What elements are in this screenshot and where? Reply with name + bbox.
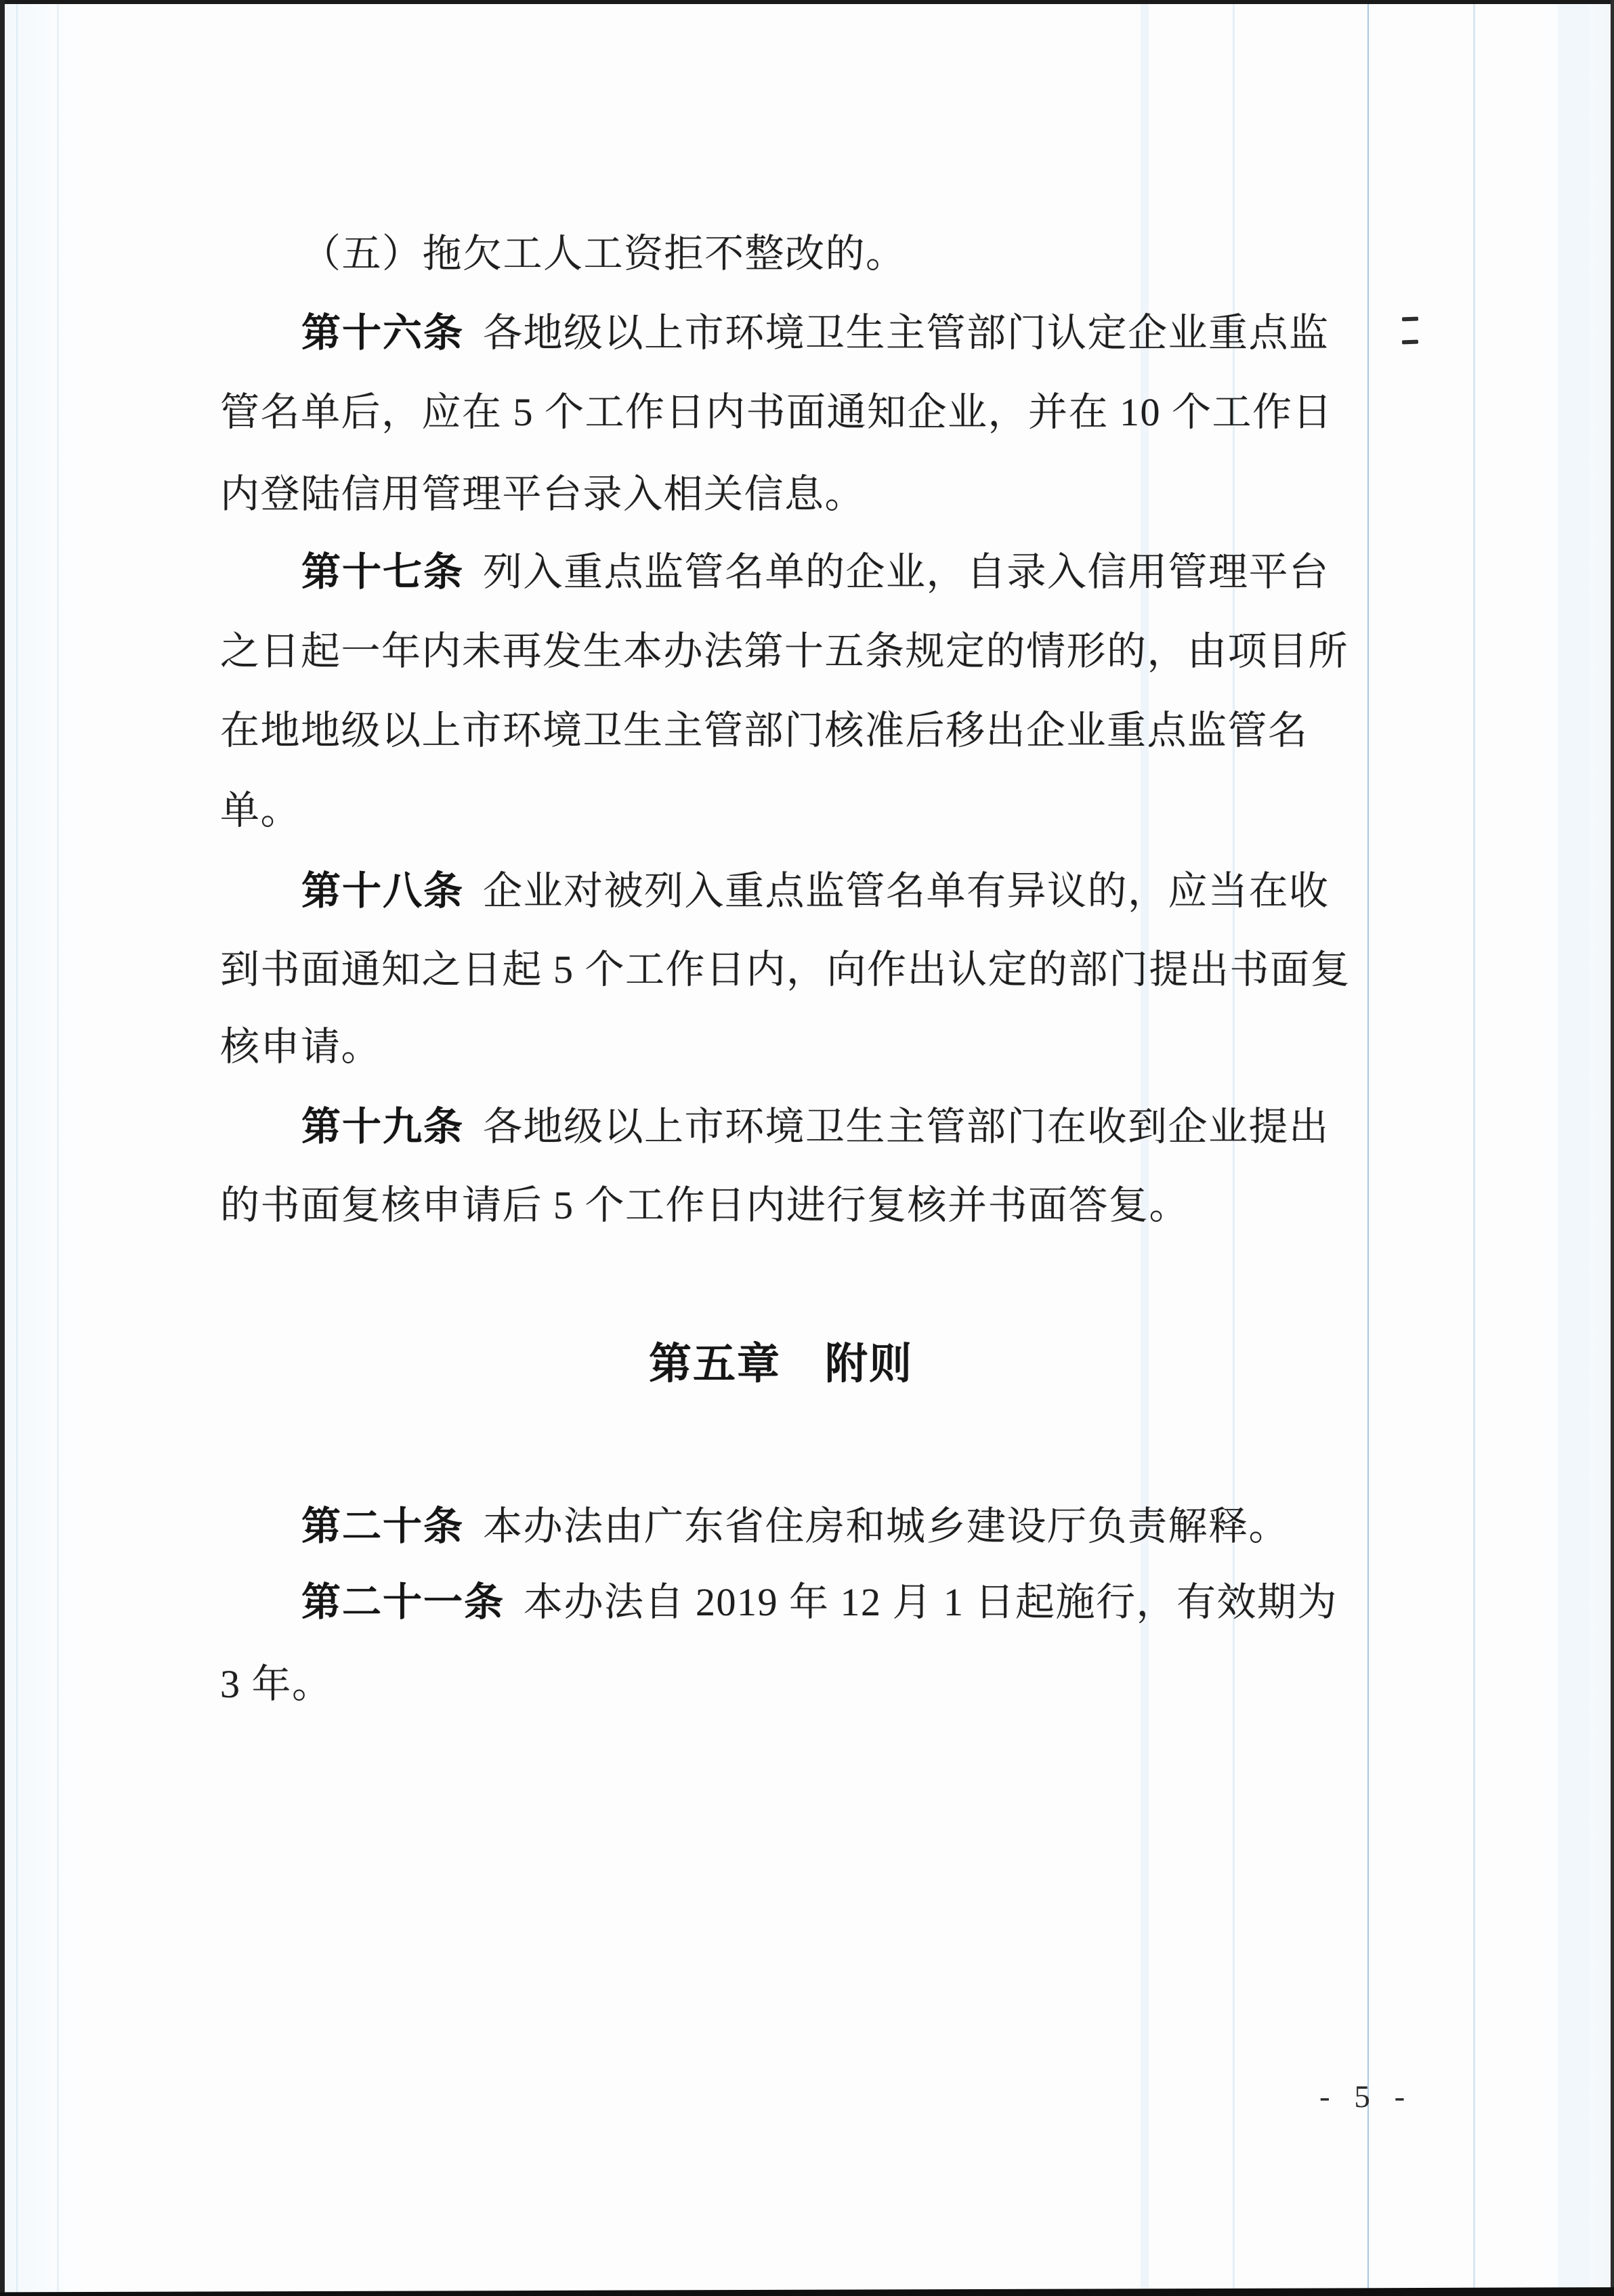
- text-line: 到书面通知之日起 5 个工作日内，向作出认定的部门提出书面复: [220, 949, 1351, 991]
- line-text: （五）拖欠工人工资拒不整改的。: [301, 232, 906, 276]
- text-line: 第十九条各地级以上市环境卫生主管部门在收到企业提出: [301, 1106, 1330, 1148]
- line-text: 各地级以上市环境卫生主管部门认定企业重点监: [483, 311, 1330, 355]
- text-line: 在地地级以上市环境卫生主管部门核准后移出企业重点监管名: [220, 710, 1309, 752]
- text-line: 内登陆信用管理平台录入相关信息。: [220, 473, 865, 515]
- line-text: 之日起一年内未再发生本办法第十五条规定的情形的，由项目所: [220, 629, 1348, 673]
- line-text: 到书面通知之日起 5 个工作日内，向作出认定的部门提出书面复: [220, 948, 1351, 992]
- ink-dash-artifact: [1402, 340, 1418, 345]
- article-number: 第十六条: [301, 311, 464, 355]
- line-text: 核申请。: [220, 1025, 381, 1069]
- scan-edge-bottom: [0, 2287, 1614, 2296]
- line-text: 列入重点监管名单的企业，自录入信用管理平台: [483, 550, 1330, 594]
- scan-tint-right-band: [1550, 0, 1614, 2296]
- line-text: 管名单后，应在 5 个工作日内书面通知企业，并在 10 个工作日: [220, 390, 1333, 434]
- ink-dash-artifact: [1402, 317, 1418, 322]
- scan-streak-line: [16, 0, 18, 2296]
- text-line: 之日起一年内未再发生本办法第十五条规定的情形的，由项目所: [220, 631, 1348, 673]
- scanned-document-page: { "page": { "kind": "scanned official do…: [0, 0, 1614, 2296]
- page-number: - 5 -: [1319, 2079, 1413, 2114]
- scan-streak-line: [1473, 0, 1475, 2296]
- line-text: 单。: [220, 788, 301, 832]
- scan-streak-line: [1558, 0, 1589, 2296]
- text-line: 的书面复核申请后 5 个工作日内进行复核并书面答复。: [220, 1185, 1189, 1227]
- line-text: 在地地级以上市环境卫生主管部门核准后移出企业重点监管名: [220, 708, 1309, 752]
- scan-streak-line: [1367, 0, 1369, 2296]
- scan-streak-line: [57, 0, 59, 2296]
- article-number: 第十八条: [301, 869, 464, 913]
- line-text: 3 年。: [220, 1662, 333, 1706]
- line-text: 的书面复核申请后 5 个工作日内进行复核并书面答复。: [220, 1183, 1189, 1227]
- text-line: 第二十一条本办法自 2019 年 12 月 1 日起施行，有效期为: [301, 1581, 1338, 1623]
- text-line: 单。: [220, 790, 301, 832]
- text-line: 管名单后，应在 5 个工作日内书面通知企业，并在 10 个工作日: [220, 391, 1333, 433]
- scan-edge-top: [0, 0, 1614, 4]
- text-line: （五）拖欠工人工资拒不整改的。: [301, 233, 906, 275]
- text-line: 第十六条各地级以上市环境卫生主管部门认定企业重点监: [301, 312, 1330, 354]
- line-text: 各地级以上市环境卫生主管部门在收到企业提出: [483, 1105, 1330, 1149]
- article-number: 第二十一条: [301, 1580, 505, 1624]
- scan-tint-left-band: [0, 0, 78, 2296]
- text-line: 第十八条企业对被列入重点监管名单有异议的，应当在收: [301, 870, 1330, 912]
- line-text: 企业对被列入重点监管名单有异议的，应当在收: [483, 869, 1330, 913]
- text-line: 第十七条列入重点监管名单的企业，自录入信用管理平台: [301, 551, 1330, 593]
- text-line: 核申请。: [220, 1026, 381, 1068]
- text-line: 3 年。: [220, 1663, 333, 1705]
- article-number: 第二十条: [301, 1504, 464, 1548]
- scan-edge-left: [0, 0, 5, 2296]
- article-number: 第十九条: [301, 1105, 464, 1149]
- article-number: 第十七条: [301, 550, 464, 594]
- line-text: 本办法由广东省住房和城乡建设厅负责解释。: [483, 1504, 1289, 1548]
- text-line: 第二十条本办法由广东省住房和城乡建设厅负责解释。: [301, 1506, 1289, 1548]
- line-text: 本办法自 2019 年 12 月 1 日起施行，有效期为: [524, 1580, 1338, 1624]
- chapter-heading: 第五章 附则: [649, 1342, 913, 1386]
- scan-edge-right: [1611, 0, 1614, 2296]
- line-text: 内登陆信用管理平台录入相关信息。: [220, 472, 865, 516]
